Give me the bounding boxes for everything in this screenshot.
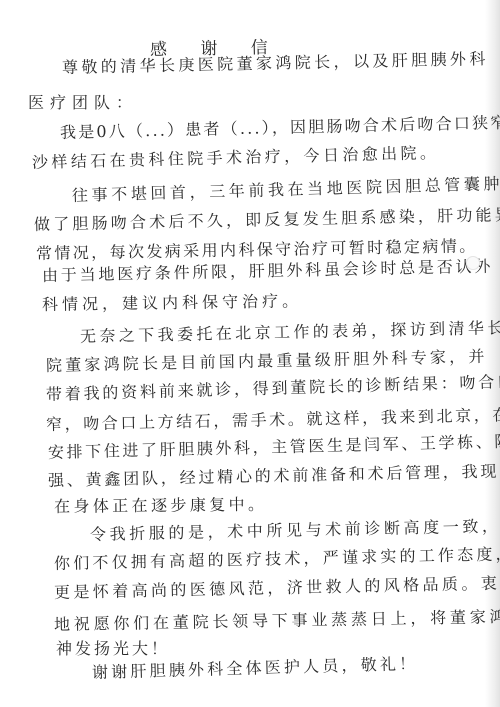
body-line: 强、黄鑫团队，经过精心的术前准备和术后管理，我现 — [48, 459, 500, 491]
letter-page: 感 谢 信 尊敬的清华长庚医院董家鸿院长，以及肝胆胰外科 医疗团队： 我是0八（… — [0, 0, 500, 707]
salutation-line-2: 医疗团队： — [28, 90, 138, 113]
body-line: 安排下住进了肝胆胰外科，主管医生是闫军、王学栋、陈 — [48, 429, 500, 463]
body-line: 地祝愿你们在董院长领导下事业蒸蒸日上，将董家鸿精 — [54, 604, 500, 635]
body-line: 令我折服的是，术中所见与术前诊断高度一致， — [90, 513, 500, 545]
body-line: 我是0八（...）患者（...），因胆肠吻合术后吻合口狭窄、泥 — [60, 109, 500, 143]
body-line: 做了胆肠吻合术后不久，即反复发生胆系感染，肝功能异 — [34, 202, 500, 235]
body-line: 科情况，建议内科保守治疗。 — [42, 288, 302, 315]
body-line: 你们不仅拥有高超的医疗技术，严谨求实的工作态度， — [54, 541, 500, 574]
body-line: 神发扬光大！ — [56, 636, 170, 659]
body-line: 在身体正在逐步康复中。 — [54, 492, 268, 517]
body-line: 往事不堪回首，三年前我在当地医院因胆总管囊肿 — [72, 171, 500, 206]
body-line: 无奈之下我委托在北京工作的表弟，探访到清华长庚医 — [80, 314, 500, 347]
salutation-line-1: 尊敬的清华长庚医院董家鸿院长，以及肝胆胰外科 — [62, 46, 489, 78]
scan-artifact-dot — [466, 256, 480, 270]
body-line: 更是怀着高尚的医德风范，济世救人的风格品质。衷心 — [54, 570, 500, 603]
body-line: 沙样结石在贵科住院手术治疗，今日治愈出院。 — [32, 140, 440, 173]
